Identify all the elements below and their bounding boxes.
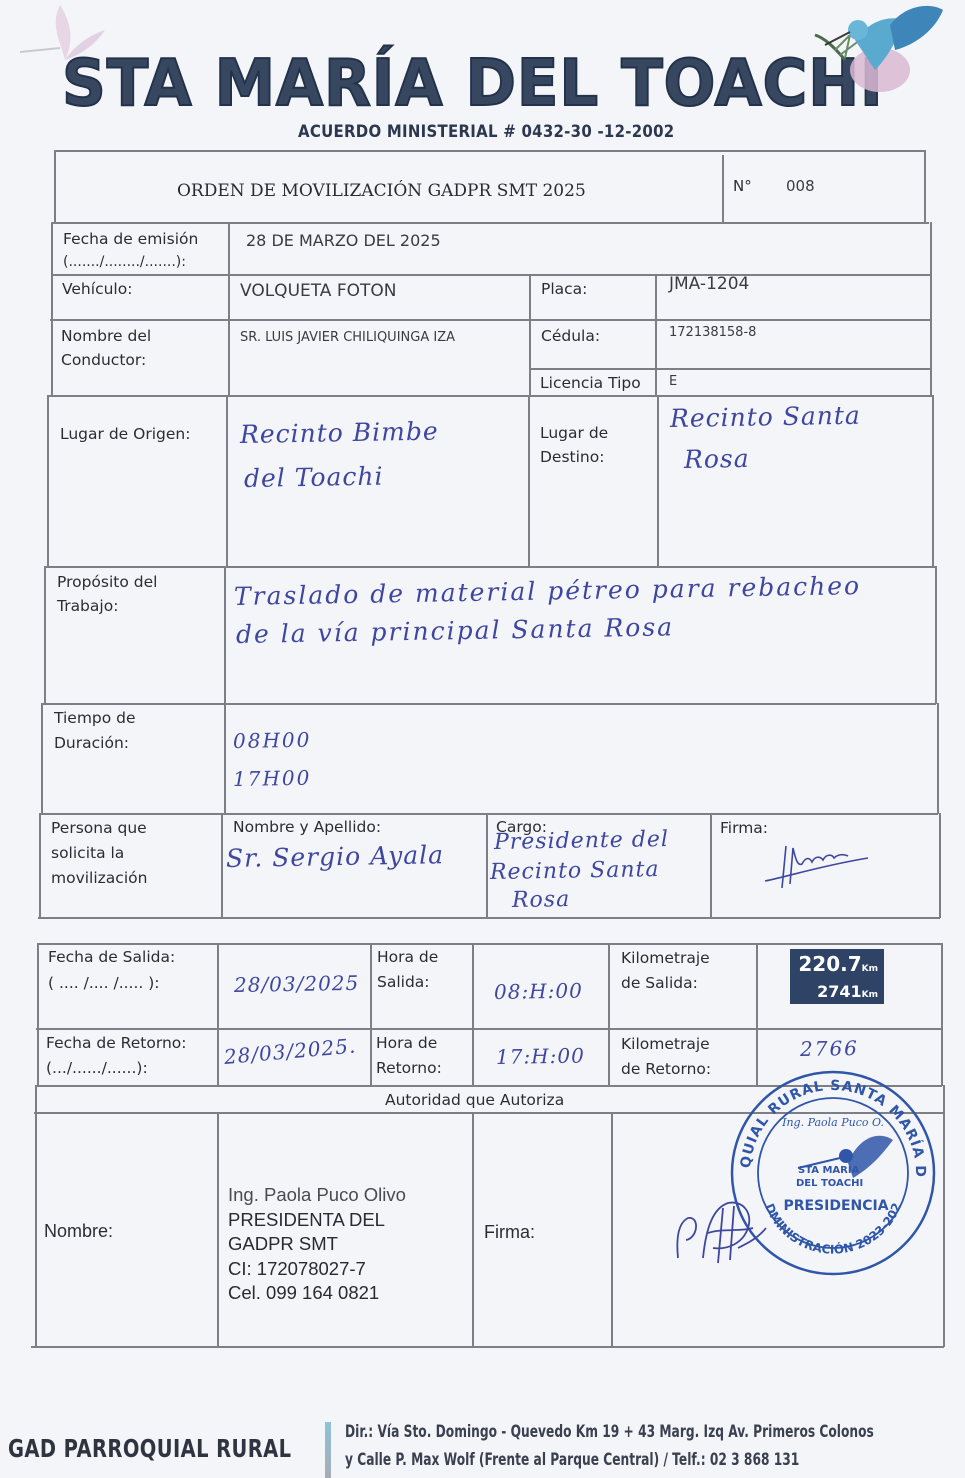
odometer-total: 2741 xyxy=(817,982,862,1001)
purpose-value-line2[interactable]: de la vía principal Santa Rosa xyxy=(236,610,675,652)
return-km-label-line1: Kilometraje xyxy=(621,1032,710,1056)
destination-label-line2: Destino: xyxy=(540,445,604,469)
authority-details: Ing. Paola Puco Olivo PRESIDENTA DEL GAD… xyxy=(228,1183,406,1306)
authority-name-label: Nombre: xyxy=(44,1219,113,1243)
license-type-label: Licencia Tipo xyxy=(540,371,641,395)
form-title: ORDEN DE MOVILIZACIÓN GADPR SMT 2025 xyxy=(177,181,586,201)
departure-km-label-line2: de Salida: xyxy=(621,971,698,995)
authority-title-line1: PRESIDENTA DEL xyxy=(228,1208,406,1233)
footer-address-line1: Dir.: Vía Sto. Domingo - Quevedo Km 19 +… xyxy=(345,1418,874,1446)
stamp-logo-line1: STA MARÍA xyxy=(798,1163,860,1176)
origin-value-line1[interactable]: Recinto Bimbe xyxy=(240,415,439,452)
duration-end[interactable]: 17H00 xyxy=(233,761,312,796)
authority-phone: Cel. 099 164 0821 xyxy=(228,1281,406,1306)
issue-date-format: (......./......../.......): xyxy=(63,250,186,274)
requester-label-line2: solicita la xyxy=(51,841,124,865)
footer-organization: GAD PARROQUIAL RURAL xyxy=(8,1434,291,1463)
departure-odometer-photo: 220.7Km 2741Km xyxy=(790,949,884,1004)
return-date-format: (.../....../......): xyxy=(46,1056,148,1080)
requester-name-label: Nombre y Apellido: xyxy=(233,815,381,839)
departure-date-label: Fecha de Salida: xyxy=(48,945,175,969)
plate-label: Placa: xyxy=(541,277,587,301)
requester-role-line3[interactable]: Rosa xyxy=(512,887,571,914)
departure-time-value[interactable]: 08:H:00 xyxy=(494,973,583,1009)
stamp-logo-line2: DEL TOACHI xyxy=(796,1178,863,1189)
odometer-unit: Km xyxy=(862,964,878,974)
destination-value-line1[interactable]: Recinto Santa xyxy=(670,399,861,436)
order-number-value: 008 xyxy=(786,175,815,197)
return-time-value[interactable]: 17:H:00 xyxy=(496,1038,585,1074)
departure-time-label-line1: Hora de xyxy=(377,945,438,969)
origin-label: Lugar de Origen: xyxy=(60,422,190,446)
requester-role-line1[interactable]: Presidente del xyxy=(494,827,669,856)
letterhead: STA MARÍA DEL TOACHI ACUERDO MINISTERIAL… xyxy=(0,0,965,150)
origin-value-line2[interactable]: del Toachi xyxy=(244,460,384,496)
hummingbird-logo-icon xyxy=(705,0,945,110)
stamp-signature-name: Ing. Paola Puco O. xyxy=(781,1116,884,1129)
issue-date-label: Fecha de emisión xyxy=(63,227,198,251)
stamp-center-text: PRESIDENCIA xyxy=(783,1198,888,1214)
id-card-value[interactable]: 172138158-8 xyxy=(669,322,756,344)
vehicle-label: Vehículo: xyxy=(62,277,132,301)
authority-header: Autoridad que Autoriza xyxy=(385,1088,564,1112)
footer-address-line2: y Calle P. Max Wolf (Frente al Parque Ce… xyxy=(345,1446,874,1474)
driver-value[interactable]: SR. LUIS JAVIER CHILIQUINGA IZA xyxy=(240,327,455,349)
duration-label-line1: Tiempo de xyxy=(54,706,136,730)
license-type-value[interactable]: E xyxy=(669,371,677,393)
destination-label-line1: Lugar de xyxy=(540,421,608,445)
authority-title-line2: GADPR SMT xyxy=(228,1232,406,1257)
return-km-label-line2: de Retorno: xyxy=(621,1057,711,1081)
odometer-unit: Km xyxy=(862,990,878,1000)
departure-date-format: ( .... /.... /..... ): xyxy=(48,971,160,995)
purpose-value-line1[interactable]: Traslado de material pétreo para rebache… xyxy=(234,569,862,614)
departure-date-value[interactable]: 28/03/2025 xyxy=(234,966,360,1002)
purpose-label-line1: Propósito del xyxy=(57,570,157,594)
requester-signature-icon[interactable] xyxy=(760,836,875,891)
purpose-label-line2: Trabajo: xyxy=(57,594,118,618)
requester-role-line2[interactable]: Recinto Santa xyxy=(490,857,660,886)
requester-label-line1: Persona que xyxy=(51,816,147,840)
requester-name-value[interactable]: Sr. Sergio Ayala xyxy=(226,838,445,876)
authority-name: Ing. Paola Puco Olivo xyxy=(228,1183,406,1208)
return-date-value[interactable]: 28/03/2025. xyxy=(223,1029,358,1074)
departure-time-label-line2: Salida: xyxy=(377,970,430,994)
duration-start[interactable]: 08H00 xyxy=(233,723,312,758)
ministerial-agreement: ACUERDO MINISTERIAL # 0432-30 -12-2002 xyxy=(298,122,674,142)
odometer-trip: 220.7 xyxy=(798,952,861,976)
authority-ci: CI: 172078027-7 xyxy=(228,1257,406,1282)
return-date-label: Fecha de Retorno: xyxy=(46,1031,186,1055)
return-time-label-line2: Retorno: xyxy=(376,1056,442,1080)
footer-address: Dir.: Vía Sto. Domingo - Quevedo Km 19 +… xyxy=(345,1418,874,1474)
driver-label-line2: Conductor: xyxy=(61,348,146,372)
destination-value-line2[interactable]: Rosa xyxy=(684,442,750,477)
return-km-value[interactable]: 2766 xyxy=(800,1031,859,1066)
plate-value[interactable]: JMA-1204 xyxy=(669,273,749,295)
driver-label-line1: Nombre del xyxy=(61,324,151,348)
order-number-label: N° xyxy=(733,174,752,198)
authority-signature-icon[interactable] xyxy=(668,1188,773,1268)
return-time-label-line1: Hora de xyxy=(376,1031,437,1055)
vehicle-value[interactable]: VOLQUETA FOTON xyxy=(240,280,397,302)
departure-km-label-line1: Kilometraje xyxy=(621,946,710,970)
duration-label-line2: Duración: xyxy=(54,731,129,755)
id-card-label: Cédula: xyxy=(541,324,600,348)
authority-signature-label: Firma: xyxy=(484,1220,535,1244)
footer-divider xyxy=(325,1422,331,1478)
requester-label-line3: movilización xyxy=(51,866,147,890)
issue-date-value[interactable]: 28 DE MARZO DEL 2025 xyxy=(246,230,441,252)
